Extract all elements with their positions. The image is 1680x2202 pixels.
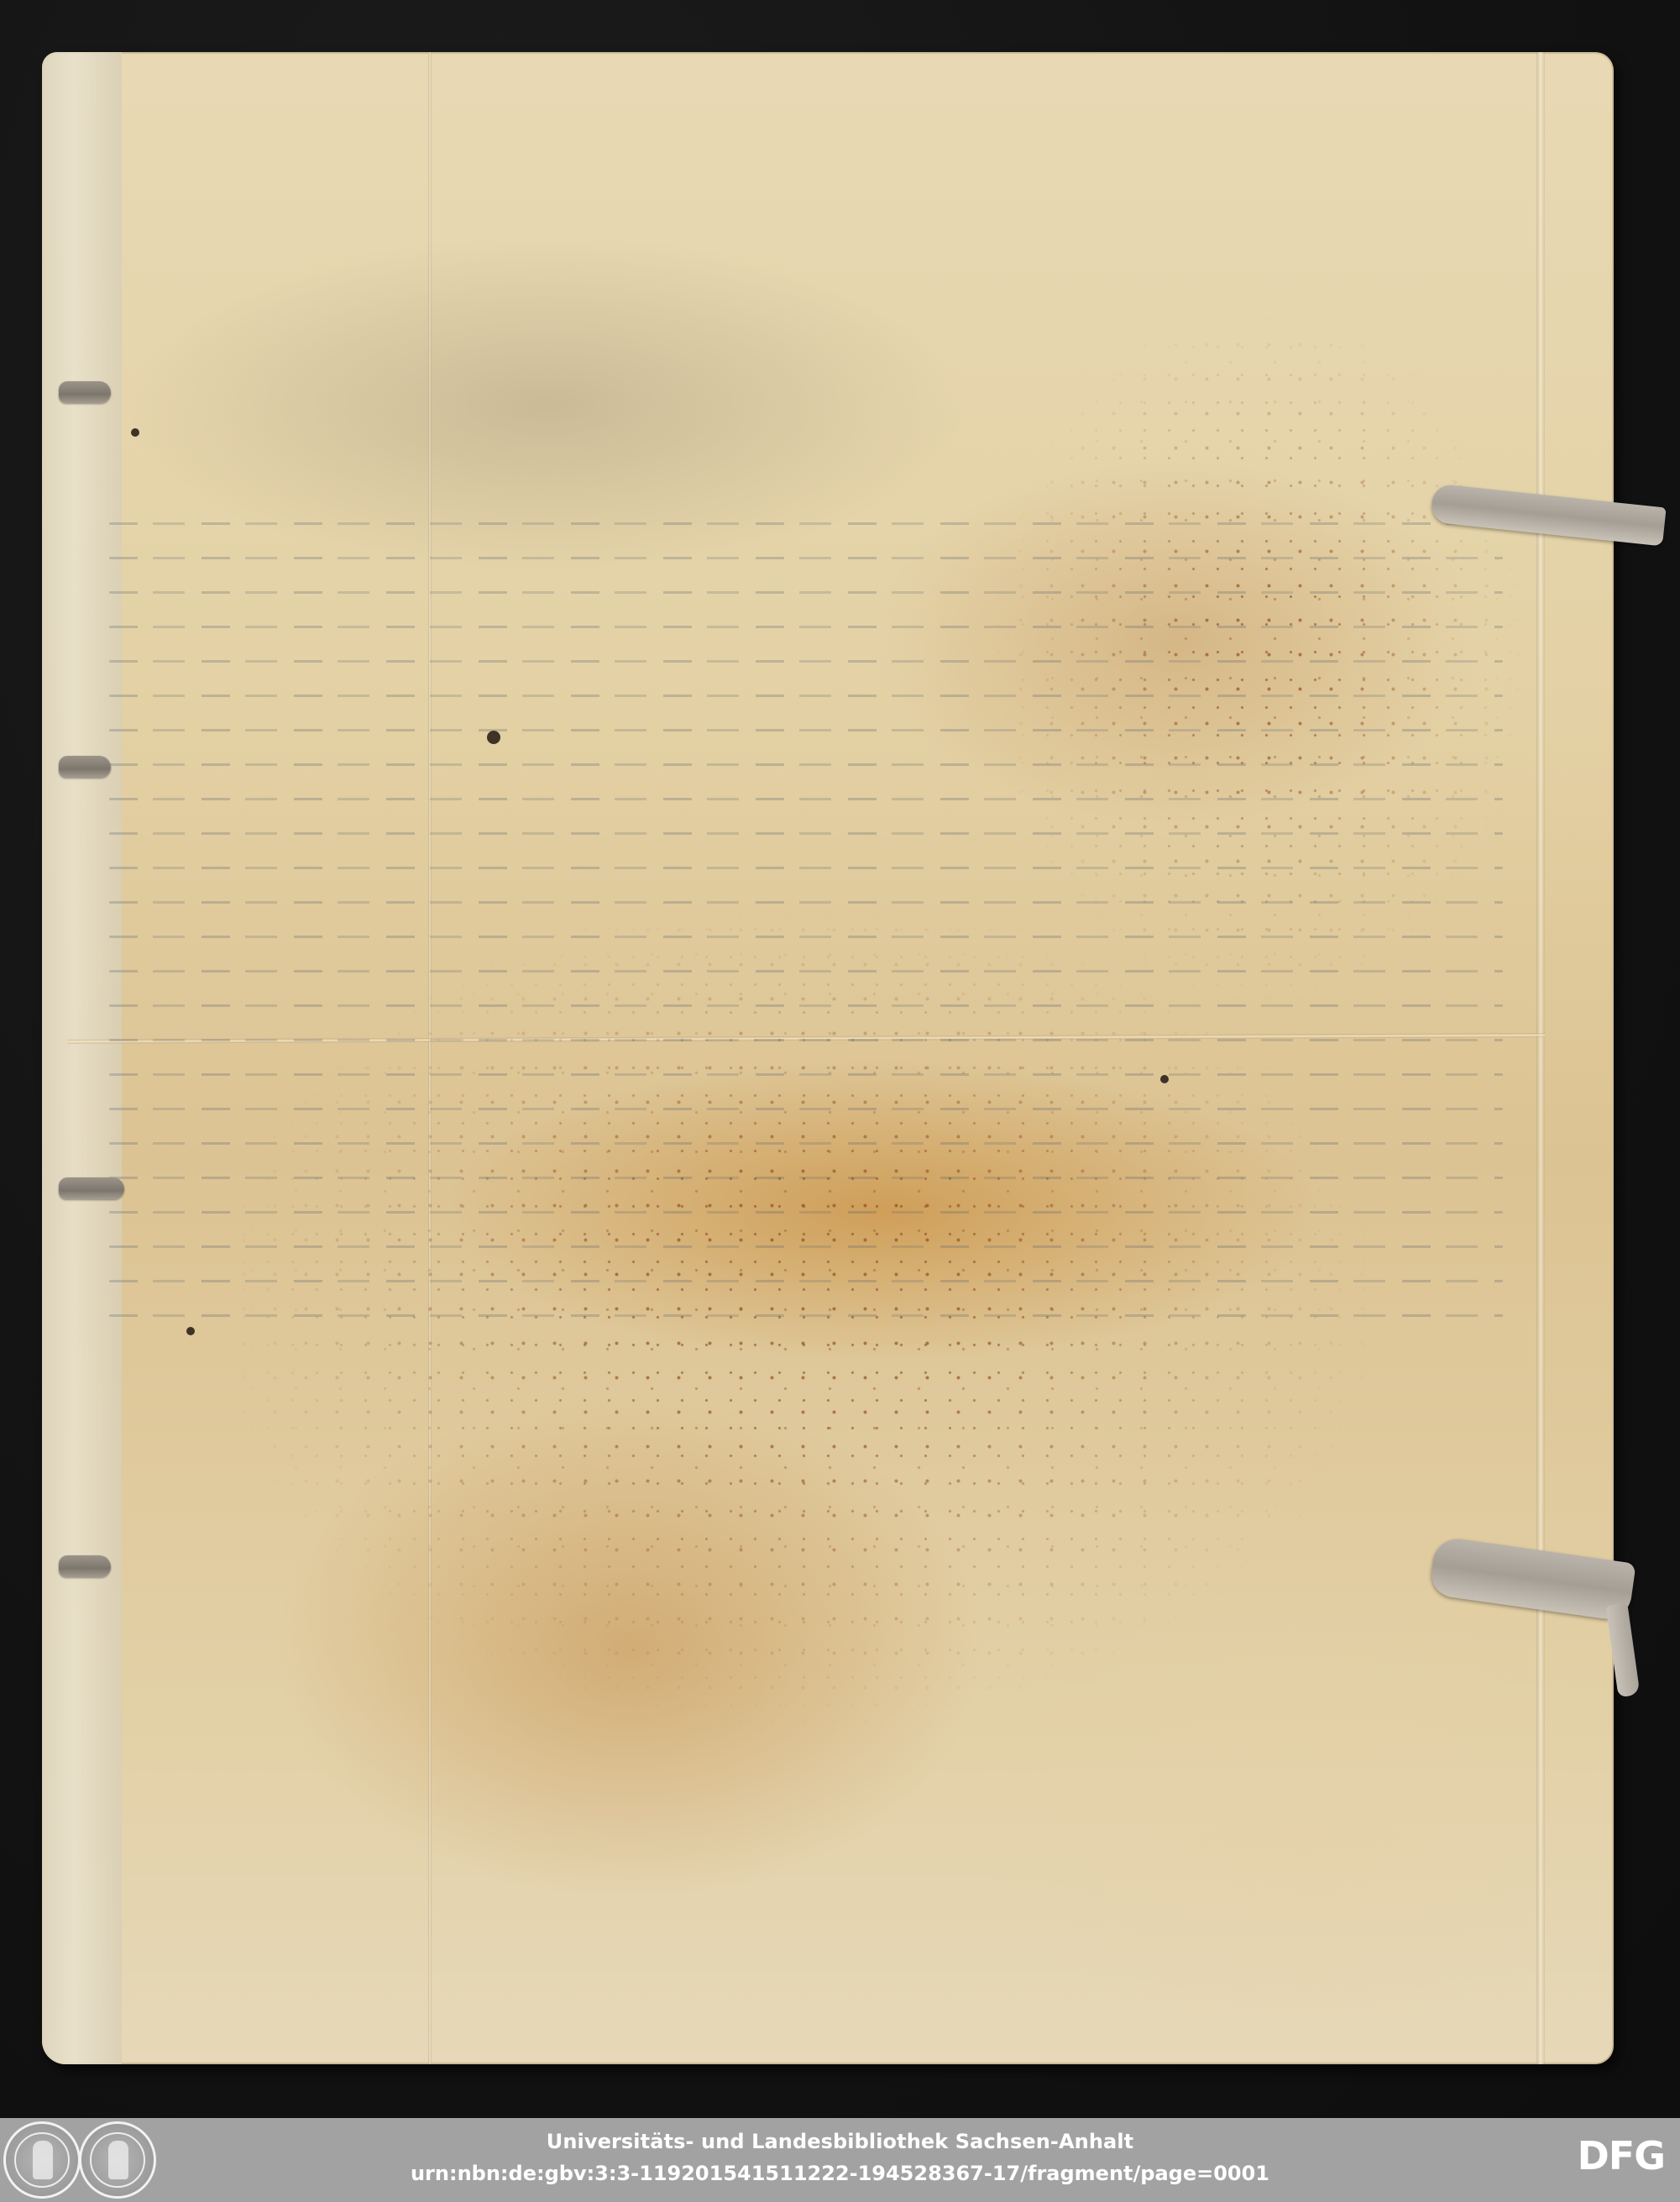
dfg-logo-icon: DFG (1578, 2136, 1665, 2175)
foxing-stains-upper-right (42, 52, 1614, 2064)
library-footer: Universitäts- und Landesbibliothek Sachs… (0, 2118, 1680, 2202)
institution-name: Universitäts- und Landesbibliothek Sachs… (0, 2130, 1680, 2153)
sewing-station-1 (59, 381, 111, 403)
sewing-station-3 (59, 1177, 124, 1199)
book-cover (42, 52, 1614, 2064)
sewing-station-4 (59, 1555, 111, 1577)
scan-image-area (0, 0, 1680, 2118)
sewing-station-2 (59, 756, 111, 778)
hole-mark (1160, 1075, 1169, 1083)
hole-mark (487, 731, 500, 744)
hole-mark (186, 1327, 195, 1335)
urn-identifier: urn:nbn:de:gbv:3:3-119201541511222-19452… (0, 2162, 1680, 2185)
hole-mark (131, 428, 139, 437)
